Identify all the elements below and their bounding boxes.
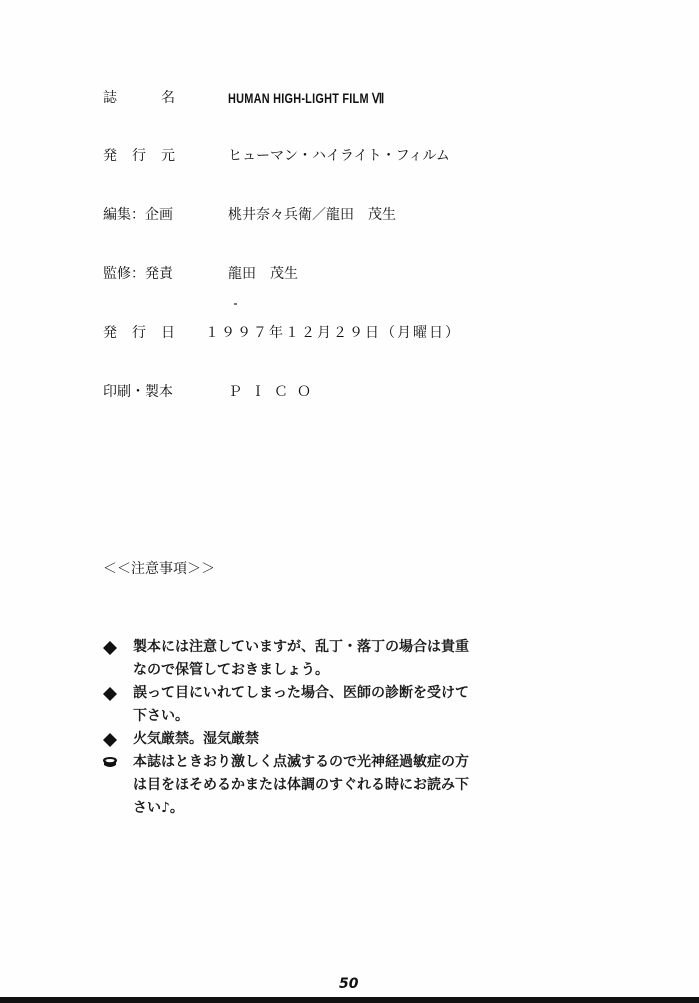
page-number: 50 [339,975,358,993]
diamond-bullet-icon [102,686,118,702]
colophon-value-supervisor: 龍田 茂生 [228,264,298,284]
colophon-value-publisher: ヒューマン・ハイライト・フィルム [228,146,450,166]
notice-item: 火気厳禁。湿気厳禁 [100,728,480,751]
colophon-row-supervisor: 監修：発責 龍田 茂生 [0,264,699,288]
colophon-label-printer: 印刷・製本 [103,382,173,402]
colophon-row-title: 誌 名 HUMAN HIGH-LIGHT FILM Ⅶ [0,88,699,112]
colophon-value-title: HUMAN HIGH-LIGHT FILM Ⅶ [228,88,385,108]
colophon-value-editor: 桃井奈々兵衛／龍田 茂生 [228,205,396,225]
print-speck [234,303,237,305]
notice-list: 製本には注意していますが、乱丁・落丁の場合は貴重なので保管しておきましょう。 誤… [100,636,480,820]
notice-item: 誤って目にいれてしまった場合、医師の診断を受けて下さい。 [100,682,480,728]
notice-text: 本誌はときおり激しく点滅するので光神経過敏症の方は目をほそめるかまたは体調のすぐ… [133,754,469,816]
colophon-label-publisher: 発 行 元 [103,146,175,166]
colophon-label-supervisor: 監修：発責 [103,264,173,284]
notice-text: 火気厳禁。湿気厳禁 [133,731,259,747]
colophon-row-editor: 編集：企画 桃井奈々兵衛／龍田 茂生 [0,205,699,229]
colophon-value-date: １９９７年１２月２９日（月曜日） [205,323,461,343]
colophon-label-title: 誌 名 [103,88,175,108]
notice-item: 製本には注意していますが、乱丁・落丁の場合は貴重なので保管しておきましょう。 [100,636,480,682]
cup-bullet-icon [102,755,118,771]
colophon-label-date: 発 行 日 [103,323,175,343]
notice-text: 製本には注意していますが、乱丁・落丁の場合は貴重なので保管しておきましょう。 [133,639,469,678]
colophon-label-editor: 編集：企画 [103,205,173,225]
diamond-bullet-icon [102,732,118,748]
diamond-bullet-icon [102,640,118,656]
notice-heading: ＜＜注意事項＞＞ [103,559,215,579]
colophon-row-printer: 印刷・製本 ＰＩＣＯ [0,382,699,406]
colophon-row-publisher: 発 行 元 ヒューマン・ハイライト・フィルム [0,146,699,170]
scan-edge-bar [0,997,699,1003]
notice-text: 誤って目にいれてしまった場合、医師の診断を受けて下さい。 [133,685,469,724]
colophon-row-date: 発 行 日 １９９７年１２月２９日（月曜日） [0,323,699,347]
notice-item: 本誌はときおり激しく点滅するので光神経過敏症の方は目をほそめるかまたは体調のすぐ… [100,751,480,820]
colophon-value-printer: ＰＩＣＯ [228,382,320,402]
colophon-page: 誌 名 HUMAN HIGH-LIGHT FILM Ⅶ 発 行 元 ヒューマン・… [0,0,699,1003]
